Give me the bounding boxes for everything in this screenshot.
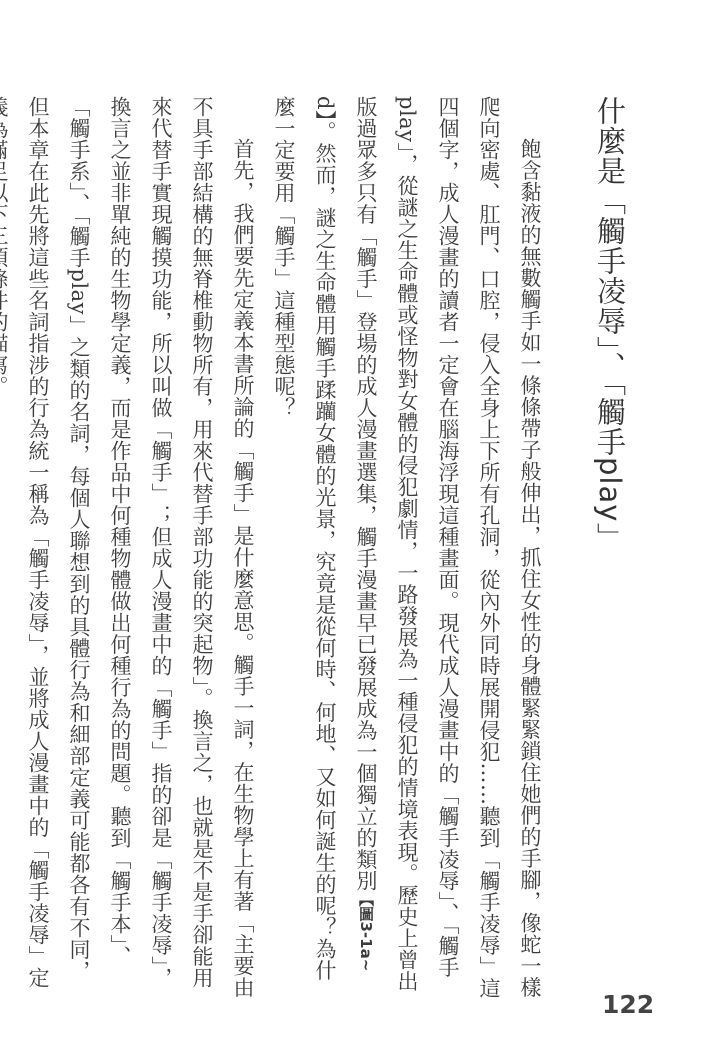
- text-column-2: 爬向密處、肛門、口腔，侵入全身上下所有孔洞，從內外同時展開侵犯……聽到「觸手凌辱…: [468, 96, 509, 926]
- text-column-6: d】。然而，謎之生命體用觸手蹂躪女體的光景，究竟是從何時、何地、又如何誕生的呢？…: [304, 96, 345, 926]
- text-column-4: play」，從謎之生命體或怪物對女體的侵犯劇情，一路發展為一種侵犯的情境表現。歷…: [386, 96, 427, 926]
- figure-reference: 【圖3-1a~: [357, 892, 375, 972]
- text-column-9: 不具手部結構的無脊椎動物所有，用來代替手部功能的突起物」。換言之，也就是不是手卻…: [181, 96, 222, 926]
- text-column-13: 但本章在此先將這些名詞指涉的行為統一稱為「觸手凌辱」，並將成人漫畫中的「觸手凌辱…: [17, 96, 58, 926]
- book-page: 什麼是「觸手凌辱」、「觸手play」 飽含黏液的無數觸手如一條條帶子般伸出，抓住…: [0, 0, 710, 1050]
- text-column-7: 麼一定要用「觸手」這種型態呢？: [263, 96, 304, 926]
- text-column-3: 四個字，成人漫畫的讀者一定會在腦海浮現這種畫面。現代成人漫畫中的「觸手凌辱」、「…: [427, 96, 468, 926]
- text-column-10: 來代替手實現觸摸功能，所以叫做「觸手」；但成人漫畫中的「觸手」指的卻是「觸手凌辱…: [140, 96, 181, 926]
- text-column-5: 版過眾多只有「觸手」登場的成人漫畫選集，觸手漫畫早已發展成為一個獨立的類別【圖3…: [345, 96, 386, 926]
- section-heading: 什麼是「觸手凌辱」、「觸手play」: [588, 96, 632, 552]
- text-column-11: 換言之並非單純的生物學定義，而是作品中何種物體做出何種行為的問題。聽到「觸手本」…: [99, 96, 140, 926]
- text-column-5-body: 版過眾多只有「觸手」登場的成人漫畫選集，觸手漫畫早已發展成為一個獨立的類別: [354, 96, 378, 892]
- text-column-8: 首先，我們要先定義本書所論的「觸手」是什麼意思。觸手一詞，在生物學上有著「主要由: [222, 96, 263, 968]
- text-column-14: 義為滿足以下三項條件的描寫。: [0, 96, 17, 926]
- body-text: 飽含黏液的無數觸手如一條條帶子般伸出，抓住女性的身體緊緊鎖住她們的手腳，像蛇一樣…: [0, 96, 550, 926]
- page-number: 122: [602, 990, 654, 1019]
- text-column-1: 飽含黏液的無數觸手如一條條帶子般伸出，抓住女性的身體緊緊鎖住她們的手腳，像蛇一樣: [509, 96, 550, 968]
- text-column-12: 「觸手系」、「觸手play」之類的名詞，每個人聯想到的具體行為和細部定義可能都各…: [58, 96, 99, 926]
